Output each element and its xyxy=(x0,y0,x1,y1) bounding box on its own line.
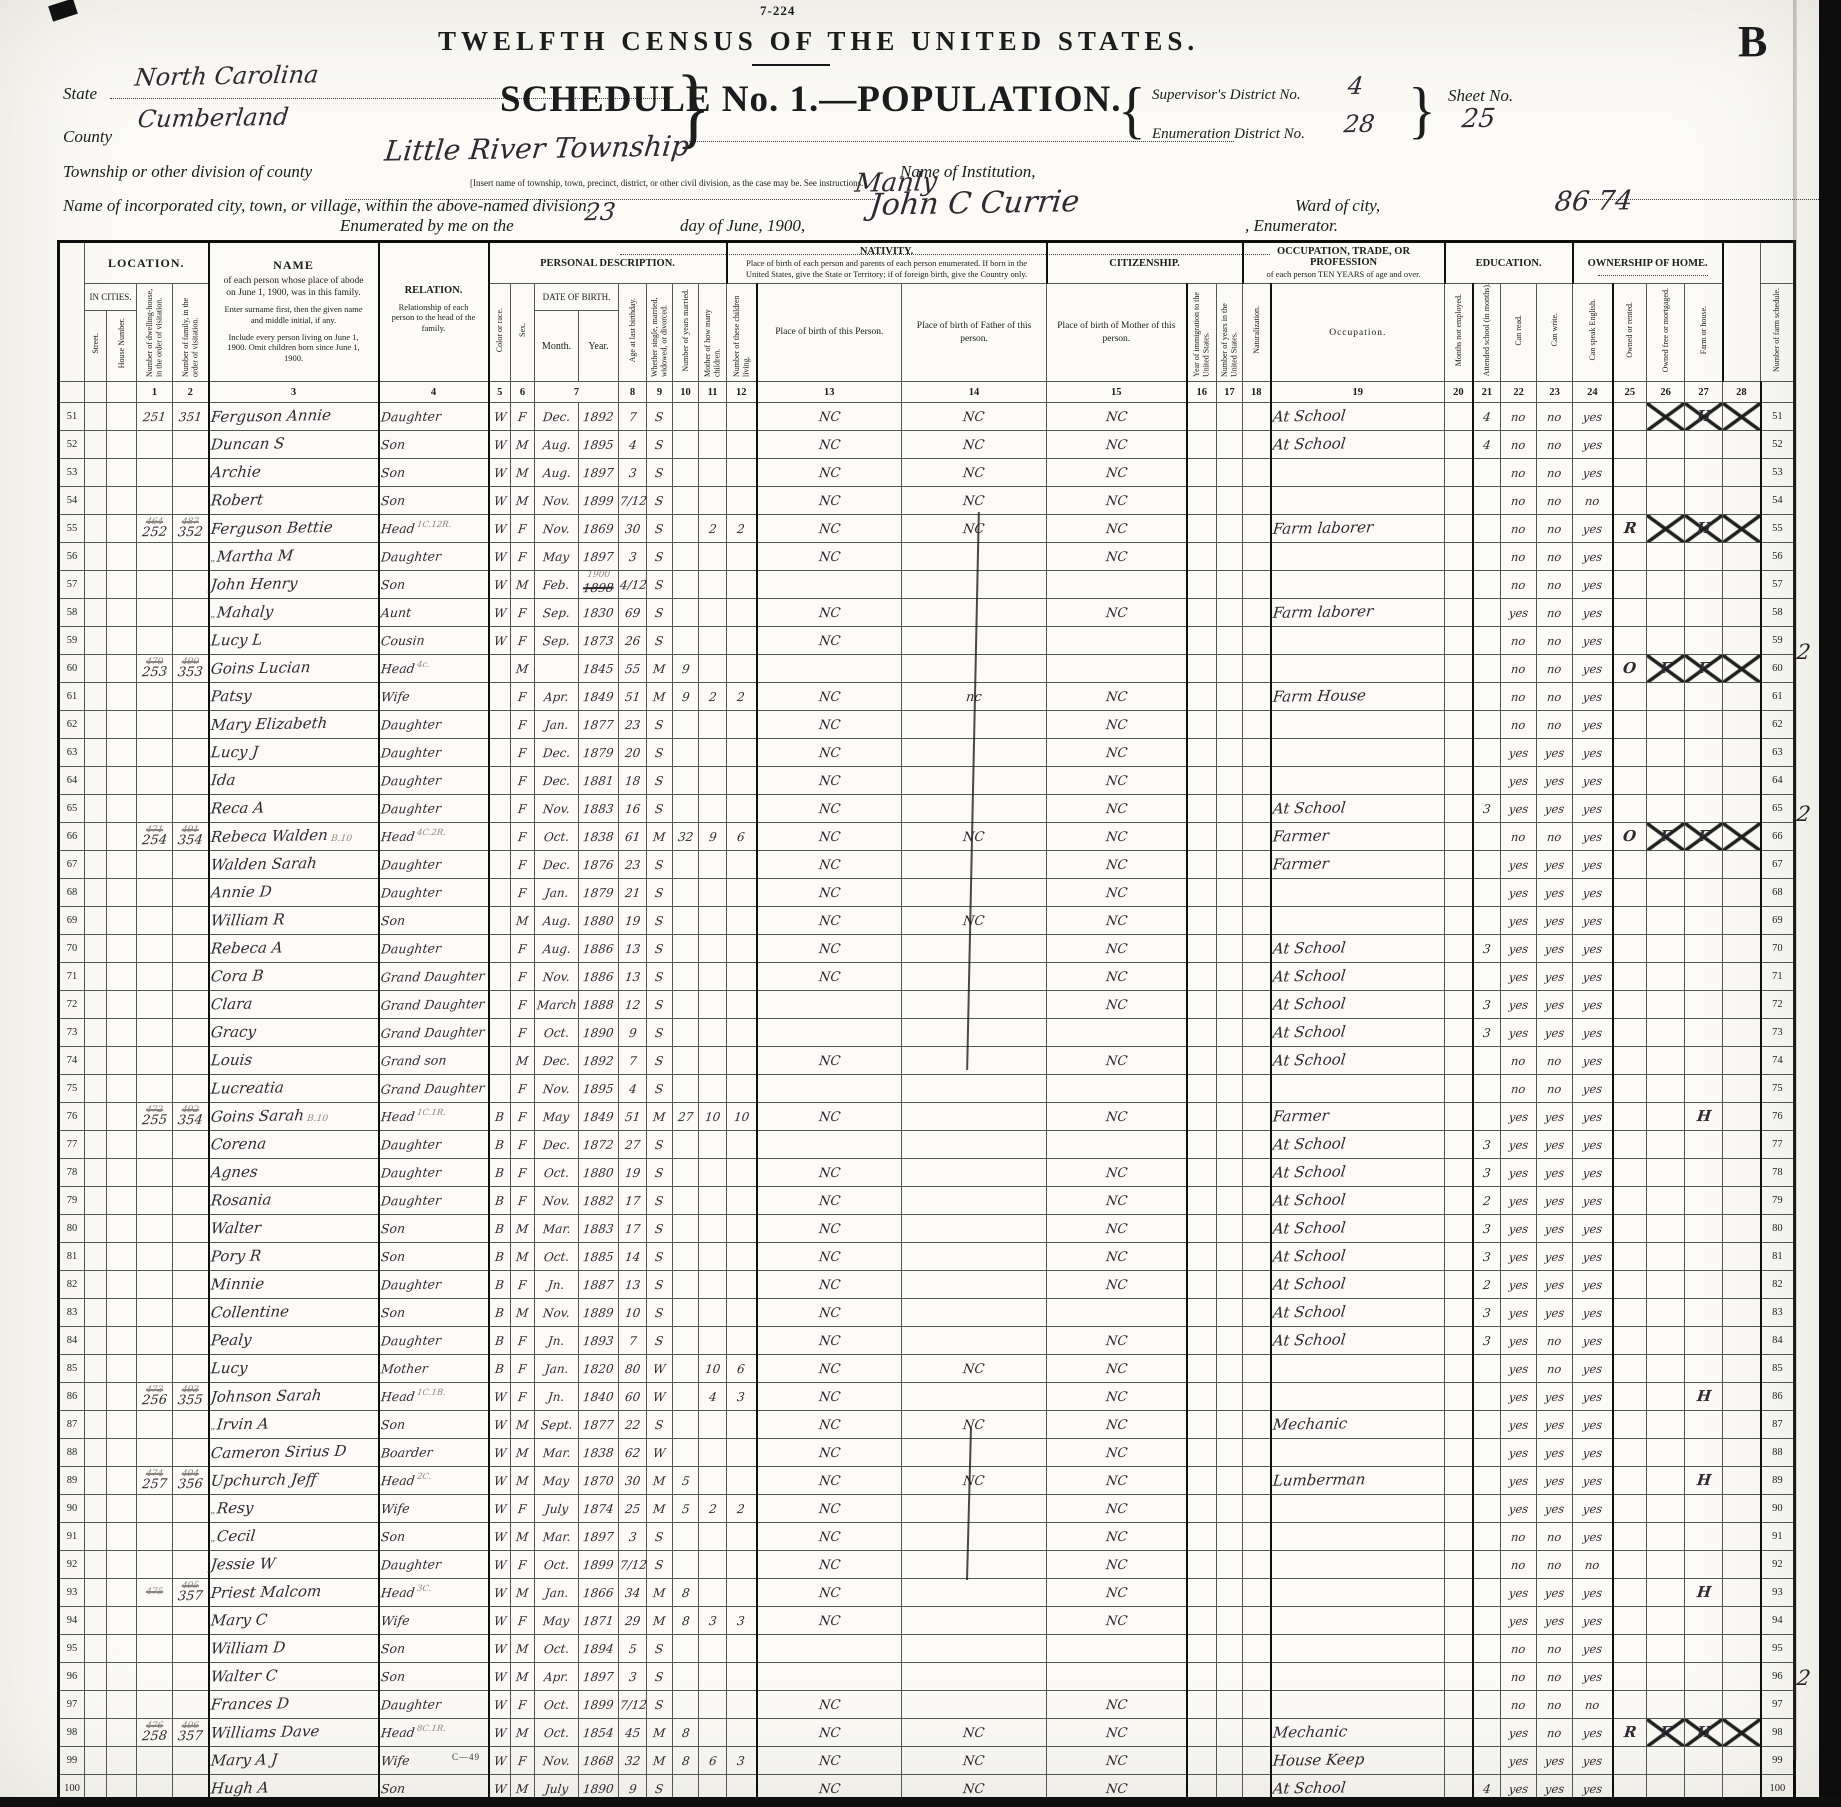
table-row: 62Mary ElizabethDaughterFJan.187723SNCNC… xyxy=(59,711,1795,739)
cell xyxy=(1723,1747,1761,1775)
cell: yes xyxy=(1537,1607,1573,1635)
cell xyxy=(673,571,699,599)
cell: Mar. xyxy=(535,1439,579,1467)
cell: Daughter xyxy=(379,403,489,431)
cell xyxy=(1243,1579,1271,1607)
cell: Ferguson Bettie xyxy=(209,515,379,543)
cell: 77 xyxy=(59,1131,85,1159)
cell xyxy=(1685,879,1723,907)
cell: Son xyxy=(379,571,489,599)
cell: 4 xyxy=(619,431,647,459)
cell xyxy=(1723,963,1761,991)
cell: 4 xyxy=(619,1075,647,1103)
cell xyxy=(489,823,511,851)
cell: Lucy xyxy=(209,1355,379,1383)
cell xyxy=(1217,1663,1243,1691)
group-ownership: OWNERSHIP OF HOME. xyxy=(1573,242,1723,284)
cell xyxy=(1647,1439,1685,1467)
cell xyxy=(902,599,1047,627)
cell xyxy=(1613,1411,1647,1439)
cell: NC xyxy=(757,907,902,935)
cell xyxy=(1647,935,1685,963)
cell xyxy=(1685,907,1723,935)
cell: H xyxy=(1685,1383,1723,1411)
cell xyxy=(699,1411,727,1439)
cell: O xyxy=(1613,655,1647,683)
cell: M xyxy=(647,1607,673,1635)
cell xyxy=(1685,1663,1723,1691)
cell: NC xyxy=(902,487,1047,515)
cell xyxy=(1217,1747,1243,1775)
cell: NC xyxy=(1047,1383,1187,1411)
cell: 1895 xyxy=(579,431,619,459)
cell xyxy=(673,599,699,627)
cell xyxy=(173,1355,209,1383)
cell xyxy=(699,795,727,823)
cell xyxy=(1271,1551,1445,1579)
cell: yes xyxy=(1501,767,1537,795)
cell: NC xyxy=(757,515,902,543)
cell: NC xyxy=(757,795,902,823)
cell: W xyxy=(647,1439,673,1467)
cell: Son xyxy=(379,1215,489,1243)
cell: 1897 xyxy=(579,543,619,571)
cell: 99 xyxy=(59,1747,85,1775)
cell: NC xyxy=(902,1467,1047,1495)
cell: NC xyxy=(757,683,902,711)
cell xyxy=(107,711,137,739)
cell xyxy=(489,851,511,879)
cell xyxy=(757,1019,902,1047)
cell xyxy=(1723,1075,1761,1103)
cell xyxy=(85,851,107,879)
cell: John Henry xyxy=(209,571,379,599)
cell xyxy=(1217,963,1243,991)
cell xyxy=(699,1047,727,1075)
cell xyxy=(1723,767,1761,795)
cell: B xyxy=(489,1103,511,1131)
cell: 74 xyxy=(59,1047,85,1075)
cell: 62 xyxy=(619,1439,647,1467)
cell: yes xyxy=(1573,1299,1613,1327)
cell: 58 xyxy=(1761,599,1795,627)
cell xyxy=(1271,627,1445,655)
cell: 93 xyxy=(59,1579,85,1607)
cell xyxy=(1723,1467,1761,1495)
cell: 19 xyxy=(619,1159,647,1187)
cell: 29 xyxy=(619,1607,647,1635)
cell xyxy=(107,1243,137,1271)
cell: House Keep xyxy=(1271,1747,1445,1775)
cell: 2 xyxy=(1473,1187,1501,1215)
cell: At School xyxy=(1271,935,1445,963)
cell xyxy=(1723,1411,1761,1439)
cell xyxy=(1613,599,1647,627)
cell xyxy=(1647,1271,1685,1299)
cell xyxy=(727,1299,757,1327)
cell xyxy=(1723,1103,1761,1131)
cell xyxy=(1647,1383,1685,1411)
cell: 4/12 xyxy=(619,571,647,599)
cell xyxy=(1613,1383,1647,1411)
cell xyxy=(1243,851,1271,879)
cell xyxy=(902,543,1047,571)
cell: S xyxy=(647,1691,673,1719)
cell xyxy=(1243,459,1271,487)
cell xyxy=(173,1047,209,1075)
cell xyxy=(1187,487,1217,515)
cell xyxy=(1445,1299,1473,1327)
cell: NC xyxy=(1047,403,1187,431)
cell xyxy=(107,991,137,1019)
cell: B xyxy=(489,1243,511,1271)
cell xyxy=(173,935,209,963)
cell xyxy=(1647,1019,1685,1047)
cell xyxy=(85,683,107,711)
cell xyxy=(1473,543,1501,571)
table-row: 59Lucy LCousinWFSep.187326SNCnonoyes59 xyxy=(59,627,1795,655)
cell: NC xyxy=(757,879,902,907)
cell xyxy=(1217,627,1243,655)
owned-rented-header: Owned or rented. xyxy=(1613,284,1647,382)
cell: Head3C. xyxy=(379,1579,489,1607)
cell: 60 xyxy=(619,1383,647,1411)
cell xyxy=(1243,543,1271,571)
cell xyxy=(1685,739,1723,767)
cell: M xyxy=(511,459,535,487)
cell: 45 xyxy=(619,1719,647,1747)
cell xyxy=(757,655,902,683)
group-relation: RELATION. Relationship of each person to… xyxy=(379,242,489,382)
cell xyxy=(1613,431,1647,459)
cell: 251 xyxy=(137,403,173,431)
cell xyxy=(1647,1607,1685,1635)
cell xyxy=(85,739,107,767)
cell xyxy=(85,935,107,963)
cell xyxy=(489,795,511,823)
cell xyxy=(902,1047,1047,1075)
cell: 1899 xyxy=(579,1551,619,1579)
cell xyxy=(1647,403,1685,431)
age-header: Age at last birthday. xyxy=(619,284,647,382)
cell xyxy=(107,655,137,683)
cell: yes xyxy=(1537,991,1573,1019)
cell xyxy=(173,1439,209,1467)
cell: 492354 xyxy=(173,1103,209,1131)
cell xyxy=(173,1691,209,1719)
cell xyxy=(1473,655,1501,683)
cell xyxy=(1647,1131,1685,1159)
cell xyxy=(1723,1495,1761,1523)
column-number: 28 xyxy=(1723,382,1761,403)
cell: Corena xyxy=(209,1131,379,1159)
table-row: 64IdaDaughterFDec.188118SNCNCyesyesyes64 xyxy=(59,767,1795,795)
cell xyxy=(1685,1439,1723,1467)
cell: B xyxy=(489,1299,511,1327)
cell xyxy=(1187,599,1217,627)
cell xyxy=(1217,1495,1243,1523)
cell: yes xyxy=(1573,711,1613,739)
cell xyxy=(107,851,137,879)
cell: NC xyxy=(902,431,1047,459)
month-header: Month. xyxy=(535,311,579,382)
cell xyxy=(1217,935,1243,963)
cell xyxy=(1685,1607,1723,1635)
cell xyxy=(1445,1103,1473,1131)
table-row: 88Cameron Sirius DBoarderWMMar.183862WNC… xyxy=(59,1439,1795,1467)
cell xyxy=(1243,879,1271,907)
cell xyxy=(1473,1579,1501,1607)
cell: 1883 xyxy=(579,1215,619,1243)
cell xyxy=(107,1215,137,1243)
cell: Head2C. xyxy=(379,1467,489,1495)
cell: yes xyxy=(1573,1243,1613,1271)
cell xyxy=(1187,515,1217,543)
cell: F xyxy=(511,1271,535,1299)
cell xyxy=(1047,1131,1187,1159)
cell: Duncan S xyxy=(209,431,379,459)
cell: W xyxy=(489,1691,511,1719)
cell xyxy=(173,1523,209,1551)
cell xyxy=(1613,459,1647,487)
cell xyxy=(1723,459,1761,487)
cell: F xyxy=(511,515,535,543)
cell xyxy=(107,1467,137,1495)
column-number: 23 xyxy=(1537,382,1573,403)
cell: Son xyxy=(379,459,489,487)
cell xyxy=(1243,1187,1271,1215)
cell xyxy=(1243,1243,1271,1271)
cell: F xyxy=(1685,655,1723,683)
cell xyxy=(107,963,137,991)
cell xyxy=(727,1271,757,1299)
enumerated-day: 23 xyxy=(583,198,617,227)
cell: yes xyxy=(1573,1495,1613,1523)
column-number: 2 xyxy=(173,382,209,403)
cell xyxy=(107,1075,137,1103)
cell xyxy=(902,1523,1047,1551)
cell xyxy=(1613,1635,1647,1663)
cell: 9 xyxy=(673,683,699,711)
cell: 8 xyxy=(673,1719,699,1747)
cell: NC xyxy=(757,1215,902,1243)
state-label: State xyxy=(63,84,97,104)
cell: Oct. xyxy=(535,1719,579,1747)
cell: 54 xyxy=(1761,487,1795,515)
cell xyxy=(1187,683,1217,711)
cell: yes xyxy=(1573,907,1613,935)
cell xyxy=(1647,1299,1685,1327)
cell xyxy=(1613,571,1647,599)
column-number xyxy=(85,382,107,403)
cell xyxy=(1271,1607,1445,1635)
cell: Walter xyxy=(209,1215,379,1243)
color-header: Color or race. xyxy=(489,284,511,382)
cell xyxy=(1647,431,1685,459)
cell: 1838 xyxy=(579,823,619,851)
cell: NC xyxy=(1047,795,1187,823)
cell: M xyxy=(647,683,673,711)
cell: 7/12 xyxy=(619,487,647,515)
cell xyxy=(85,1103,107,1131)
cell xyxy=(85,1047,107,1075)
cell xyxy=(1445,1187,1473,1215)
cell: yes xyxy=(1573,1747,1613,1775)
cell: 7/12 xyxy=(619,1551,647,1579)
cell: Head1C.12R. xyxy=(379,515,489,543)
cell: no xyxy=(1537,459,1573,487)
cell: Apr. xyxy=(535,1663,579,1691)
cell: F xyxy=(511,795,535,823)
cell xyxy=(137,1299,173,1327)
cell xyxy=(673,1523,699,1551)
cell: W xyxy=(489,1719,511,1747)
cell: yes xyxy=(1573,403,1613,431)
cell xyxy=(1613,1243,1647,1271)
cell: At School xyxy=(1271,1271,1445,1299)
cell xyxy=(1445,1439,1473,1467)
cell xyxy=(1473,1411,1501,1439)
cell xyxy=(1243,907,1271,935)
cell: yes xyxy=(1573,795,1613,823)
cell xyxy=(1217,459,1243,487)
cell xyxy=(699,627,727,655)
cell: yes xyxy=(1501,1383,1537,1411)
cell xyxy=(1613,543,1647,571)
cell: NC xyxy=(1047,515,1187,543)
enumerator-suffix: , Enumerator. xyxy=(1245,216,1338,236)
cell xyxy=(107,1411,137,1439)
cell xyxy=(1723,1579,1761,1607)
cell: 65 xyxy=(59,795,85,823)
cell: NC xyxy=(757,1551,902,1579)
cell: 57 xyxy=(1761,571,1795,599)
cell xyxy=(902,795,1047,823)
cell xyxy=(902,1579,1047,1607)
cell: 1877 xyxy=(579,1411,619,1439)
cell xyxy=(1723,991,1761,1019)
cell: yes xyxy=(1573,1019,1613,1047)
cell: 20 xyxy=(619,739,647,767)
cell: Mechanic xyxy=(1271,1719,1445,1747)
cell xyxy=(1445,515,1473,543)
cell xyxy=(1473,1383,1501,1411)
cell: NC xyxy=(757,403,902,431)
table-row: 55464252487352Ferguson BettieHead1C.12R.… xyxy=(59,515,1795,543)
cell xyxy=(1217,1215,1243,1243)
cell xyxy=(1187,1047,1217,1075)
cell xyxy=(1647,571,1685,599)
cell xyxy=(902,1299,1047,1327)
cell xyxy=(137,739,173,767)
cell xyxy=(727,991,757,1019)
cell: At School xyxy=(1271,1047,1445,1075)
table-row: 69William RSonMAug.188019SNCNCNCyesyesye… xyxy=(59,907,1795,935)
cell: 10 xyxy=(699,1103,727,1131)
table-row: 75LucreatiaGrand DaughterFNov.18954Snono… xyxy=(59,1075,1795,1103)
cell xyxy=(85,879,107,907)
cell: 2 xyxy=(727,683,757,711)
cell: Jan. xyxy=(535,1355,579,1383)
cell: 94 xyxy=(1761,1607,1795,1635)
cell xyxy=(1217,1719,1243,1747)
cell xyxy=(902,1691,1047,1719)
cell: W xyxy=(489,487,511,515)
cell: Frances D xyxy=(209,1691,379,1719)
cell xyxy=(1723,543,1761,571)
in-cities-header: IN CITIES. xyxy=(85,284,137,311)
table-row: 70Rebeca ADaughterFAug.188613SNCNCAt Sch… xyxy=(59,935,1795,963)
cell xyxy=(107,907,137,935)
cell xyxy=(1685,599,1723,627)
table-row: 97Frances DDaughterWFOct.18997/12SNCNCno… xyxy=(59,1691,1795,1719)
cell xyxy=(107,767,137,795)
cell xyxy=(173,1271,209,1299)
table-row: 61PatsyWifeFApr.184951M922NCncNCFarm Hou… xyxy=(59,683,1795,711)
cell xyxy=(1243,739,1271,767)
cell: Jn. xyxy=(535,1383,579,1411)
cell: 85 xyxy=(1761,1355,1795,1383)
cell: Head4c. xyxy=(379,655,489,683)
cell: yes xyxy=(1537,1187,1573,1215)
cell xyxy=(535,655,579,683)
cell xyxy=(137,879,173,907)
cell: NC xyxy=(1047,1691,1187,1719)
cell: Oct. xyxy=(535,1551,579,1579)
cell: 87 xyxy=(59,1411,85,1439)
cell: 1872 xyxy=(579,1131,619,1159)
cell: 70 xyxy=(59,935,85,963)
cell xyxy=(673,1299,699,1327)
cell: W xyxy=(489,431,511,459)
cell: B xyxy=(489,1187,511,1215)
cell: Aug. xyxy=(535,459,579,487)
cell: H xyxy=(1685,1467,1723,1495)
cell xyxy=(137,1271,173,1299)
cell xyxy=(1647,1663,1685,1691)
cell: Son xyxy=(379,1299,489,1327)
cell: 1893 xyxy=(579,1327,619,1355)
cell xyxy=(1271,459,1445,487)
cell: Grand Daughter xyxy=(379,1019,489,1047)
cell: 476258 xyxy=(137,1719,173,1747)
cell: 92 xyxy=(59,1551,85,1579)
cell xyxy=(727,1523,757,1551)
cell xyxy=(1723,907,1761,935)
cell: Dec. xyxy=(535,851,579,879)
cell xyxy=(1271,571,1445,599)
cell: 3 xyxy=(1473,1215,1501,1243)
cell xyxy=(1243,1747,1271,1775)
cell: 74 xyxy=(1761,1047,1795,1075)
cell xyxy=(1723,1691,1761,1719)
cell: 82 xyxy=(59,1271,85,1299)
cell xyxy=(673,1327,699,1355)
cell: Dec. xyxy=(535,739,579,767)
cell: Reca A xyxy=(209,795,379,823)
cell: Daughter xyxy=(379,543,489,571)
paper-sheet: 7-224 TWELFTH CENSUS OF THE UNITED STATE… xyxy=(0,0,1819,1797)
cell xyxy=(727,431,757,459)
cell: B xyxy=(489,1215,511,1243)
ward-label: Ward of city, xyxy=(1295,196,1380,216)
cell xyxy=(1187,1215,1217,1243)
cell xyxy=(137,935,173,963)
cell: Walden Sarah xyxy=(209,851,379,879)
cell: 7 xyxy=(619,1327,647,1355)
cell xyxy=(1217,795,1243,823)
cell xyxy=(1473,1495,1501,1523)
